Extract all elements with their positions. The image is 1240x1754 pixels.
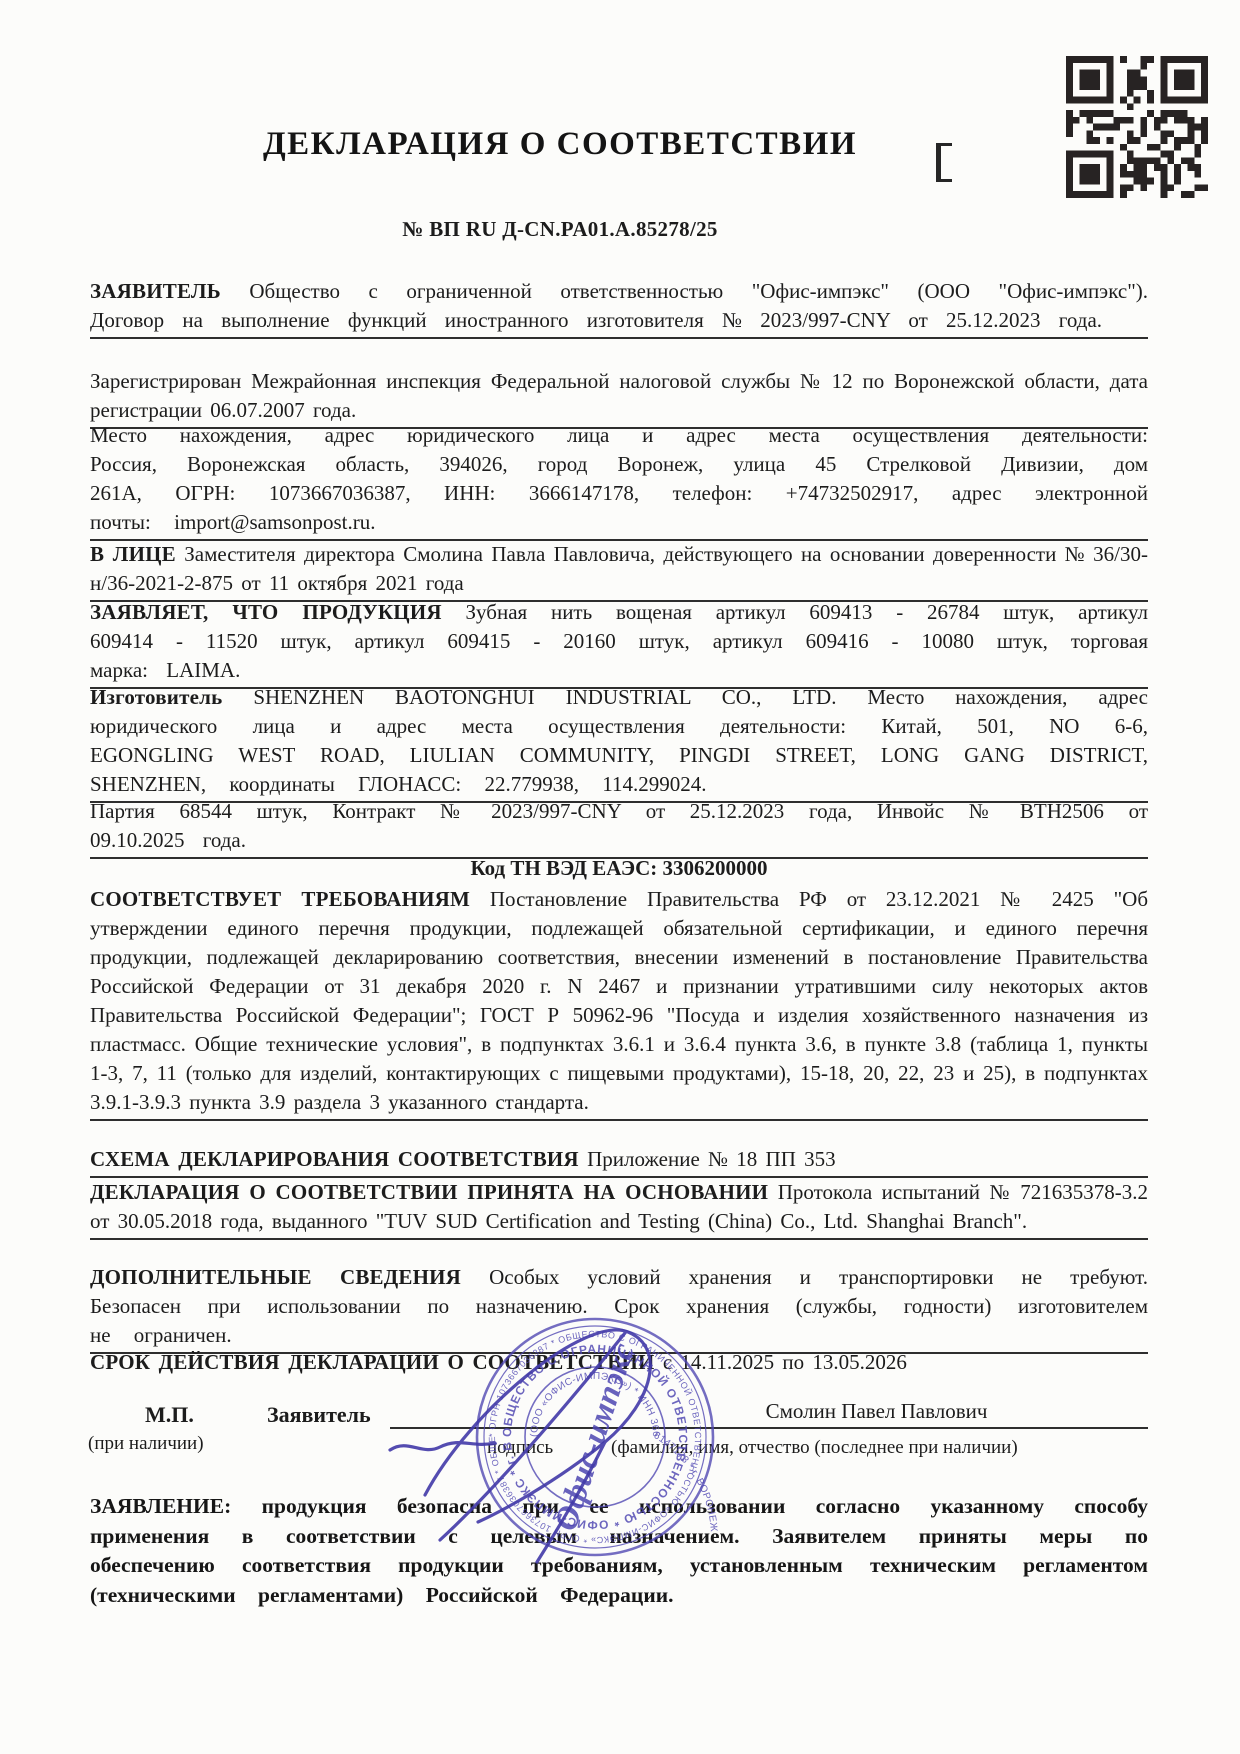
tnved-code-line: Код ТН ВЭД ЕАЭС: 3306200000 (90, 856, 1148, 881)
section-text: Зарегистрирован Межрайонная инспекция Фе… (90, 369, 1148, 422)
section-label: СХЕМА ДЕКЛАРИРОВАНИЯ СООТВЕТСТВИЯ (90, 1147, 579, 1171)
section-basis: ДЕКЛАРАЦИЯ О СООТВЕТСТВИИ ПРИНЯТА НА ОСН… (90, 1178, 1148, 1240)
section-manufacturer: Изготовитель SHENZHEN BAOTONGHUI INDUSTR… (90, 683, 1148, 803)
section-label: СООТВЕТСТВУЕТ ТРЕБОВАНИЯМ (90, 887, 470, 911)
section-text: Партия 68544 штук, Контракт № 2023/997-C… (90, 799, 1148, 852)
document-number: № ВП RU Д-CN.PA01.A.85278/25 (60, 217, 1060, 242)
section-label: ДЕКЛАРАЦИЯ О СООТВЕТСТВИИ ПРИНЯТА НА ОСН… (90, 1180, 768, 1204)
section-text: SHENZHEN BAOTONGHUI INDUSTRIAL CO., LTD.… (90, 685, 1148, 796)
section-product: ЗАЯВЛЯЕТ, ЧТО ПРОДУКЦИЯ Зубная нить воще… (90, 598, 1148, 689)
qr-code (1066, 56, 1208, 198)
section-person: В ЛИЦЕ Заместителя директора Смолина Пав… (90, 540, 1148, 602)
section-label: ЗАЯВИТЕЛЬ (90, 279, 221, 303)
section-text: Постановление Правительства РФ от 23.12.… (90, 887, 1148, 1114)
applicant-label: Заявитель (267, 1402, 371, 1428)
section-batch: Партия 68544 штук, Контракт № 2023/997-C… (90, 797, 1148, 859)
section-text: Место нахождения, адрес юридического лиц… (90, 423, 1148, 534)
section-applicant: ЗАЯВИТЕЛЬ Общество с ограниченной ответс… (90, 277, 1148, 339)
stamp-ring-texts: * ОГРН 1073667036387 * ОБЩЕСТВО С ОГРАНИ… (363, 1279, 719, 1545)
section-label: ЗАЯВЛЯЕТ, ЧТО ПРОДУКЦИЯ (90, 600, 442, 624)
document-title: ДЕКЛАРАЦИЯ О СООТВЕТСТВИИ (60, 126, 1060, 163)
section-text: Общество с ограниченной ответственностью… (90, 279, 1148, 332)
company-stamp-and-signature: * ОГРН 1073667036387 * ОБЩЕСТВО С ОГРАНИ… (370, 1290, 750, 1590)
section-registration: Зарегистрирован Межрайонная инспекция Фе… (90, 367, 1148, 429)
section-text: Заместителя директора Смолина Павла Павл… (90, 542, 1148, 595)
section-text: Приложение № 18 ПП 353 (587, 1147, 836, 1171)
section-requirements: СООТВЕТСТВУЕТ ТРЕБОВАНИЯМ Постановление … (90, 885, 1148, 1121)
scanned-declaration-page: ДЕКЛАРАЦИЯ О СООТВЕТСТВИИ № ВП RU Д-CN.P… (0, 0, 1240, 1754)
stamp-place-label: М.П. (145, 1402, 194, 1428)
section-label: ДОПОЛНИТЕЛЬНЫЕ СВЕДЕНИЯ (90, 1265, 461, 1289)
section-scheme: СХЕМА ДЕКЛАРИРОВАНИЯ СООТВЕТСТВИЯ Прилож… (90, 1145, 1148, 1178)
section-address: Место нахождения, адрес юридического лиц… (90, 421, 1148, 541)
section-label: Изготовитель (90, 685, 222, 709)
section-label: В ЛИЦЕ (90, 542, 176, 566)
stamp-place-note: (при наличии) (88, 1433, 204, 1455)
statement-label: ЗАЯВЛЕНИЕ: (90, 1494, 231, 1518)
